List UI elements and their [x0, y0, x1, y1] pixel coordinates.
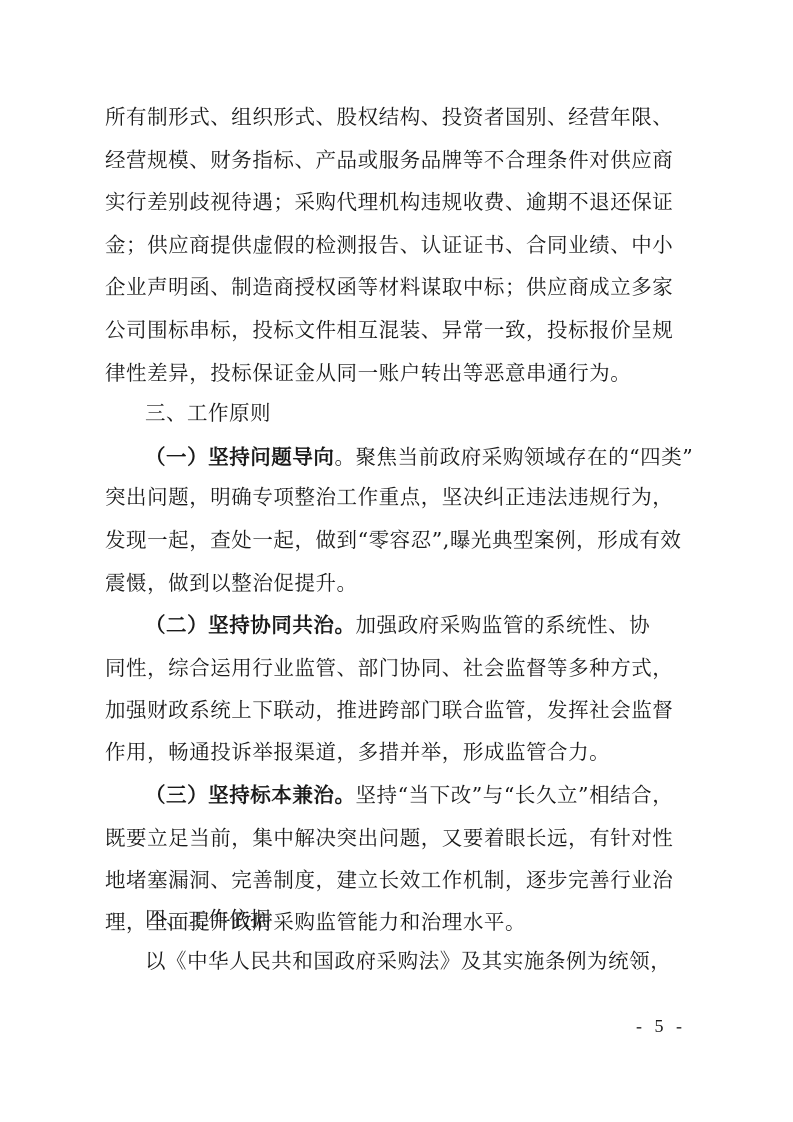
- body-text-line: 实行差别歧视待遇；采购代理机构违规收费、逾期不退还保证: [105, 189, 685, 215]
- section-heading-principles: 三、工作原则: [145, 400, 685, 426]
- principle-title: （二）坚持协同共治。: [145, 613, 356, 637]
- body-text-line: 公司围标串标，投标文件相互混装、异常一致，投标报价呈规: [105, 317, 685, 343]
- principle-text: 。聚焦当前政府采购领域存在的“四类”: [334, 445, 693, 469]
- body-text-line: 震慑，做到以整治促提升。: [105, 570, 685, 596]
- body-text-line: 地堵塞漏洞、完善制度，建立长效工作机制，逐步完善行业治: [105, 867, 685, 893]
- body-text-line: 以《中华人民共和国政府采购法》及其实施条例为统领，: [145, 948, 685, 974]
- body-text-line: 发现一起，查处一起，做到“零容忍”,曝光典型案例，形成有效: [105, 527, 685, 553]
- body-text-line: 突出问题，明确专项整治工作重点，坚决纠正违法违规行为，: [105, 484, 685, 510]
- body-text-line: 金；供应商提供虚假的检测报告、认证证书、合同业绩、中小: [105, 232, 685, 258]
- body-text-line: 加强财政系统上下联动，推进跨部门联合监管，发挥社会监督: [105, 697, 685, 723]
- principle-title: （三）坚持标本兼治。: [145, 783, 356, 807]
- principle-item-1: （一）坚持问题导向。聚焦当前政府采购领域存在的“四类”: [145, 444, 685, 470]
- body-text-line: 所有制形式、组织形式、股权结构、投资者国别、经营年限、: [105, 104, 685, 130]
- principle-title: （一）坚持问题导向: [145, 445, 334, 469]
- principle-item-3: （三）坚持标本兼治。坚持“当下改”与“长久立”相结合，: [145, 782, 685, 808]
- body-text-line: 同性，综合运用行业监管、部门协同、社会监督等多种方式，: [105, 655, 685, 681]
- body-text-line: 经营规模、财务指标、产品或服务品牌等不合理条件对供应商: [105, 147, 685, 173]
- principle-text: 坚持“当下改”与“长久立”相结合，: [356, 783, 674, 807]
- page-number: - 5 -: [636, 1016, 686, 1037]
- body-text-line: 既要立足当前，集中解决突出问题，又要着眼长远，有针对性: [105, 825, 685, 851]
- principle-item-2: （二）坚持协同共治。加强政府采购监管的系统性、协: [145, 612, 685, 638]
- body-text-line: 作用，畅通投诉举报渠道，多措并举，形成监管合力。: [105, 739, 685, 765]
- body-text-line: 企业声明函、制造商授权函等材料谋取中标；供应商成立多家: [105, 274, 685, 300]
- document-page: 所有制形式、组织形式、股权结构、投资者国别、经营年限、 经营规模、财务指标、产品…: [0, 0, 793, 1122]
- body-text-line: 律性差异，投标保证金从同一账户转出等恶意串通行为。: [105, 360, 685, 386]
- principle-text: 加强政府采购监管的系统性、协: [356, 613, 651, 637]
- section-heading-basis: 四、工作依据: [145, 906, 685, 932]
